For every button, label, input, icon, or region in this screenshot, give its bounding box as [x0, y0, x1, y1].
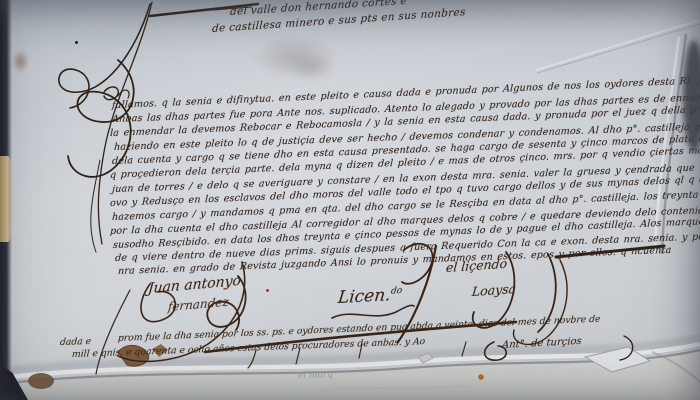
corner-shadow-top-right [683, 40, 700, 152]
signature-right-surname: Loaysa [471, 281, 516, 299]
signature-center-text: Licen. [337, 285, 392, 308]
tear [28, 373, 54, 389]
verso-note: el marq [298, 370, 334, 381]
manuscript-photo: del valle don hernando cortes e de casti… [0, 0, 700, 400]
signature-left-surname: fernandez [167, 295, 229, 314]
stain-dot [478, 374, 484, 380]
signature-left-name: Juan antonyo [147, 273, 241, 297]
dating-margin-word: dada e [60, 336, 92, 348]
escribano-signature: Ant°. de turçios [502, 336, 583, 351]
ink-bleedthrough [288, 54, 336, 82]
ink-dot [75, 41, 78, 44]
signature-center-superscript: do [390, 286, 402, 297]
corner-shadow-bottom-left [0, 364, 28, 400]
signature-right-title: el liçendo [445, 256, 508, 275]
red-speck [266, 289, 269, 292]
stain [12, 50, 29, 73]
fallamos-initial-flourish [118, 90, 129, 98]
paper-flap [585, 347, 650, 372]
parchment-edge [0, 156, 14, 242]
paper-nick [418, 353, 433, 363]
signature-center-name: Licen.do [337, 285, 403, 308]
